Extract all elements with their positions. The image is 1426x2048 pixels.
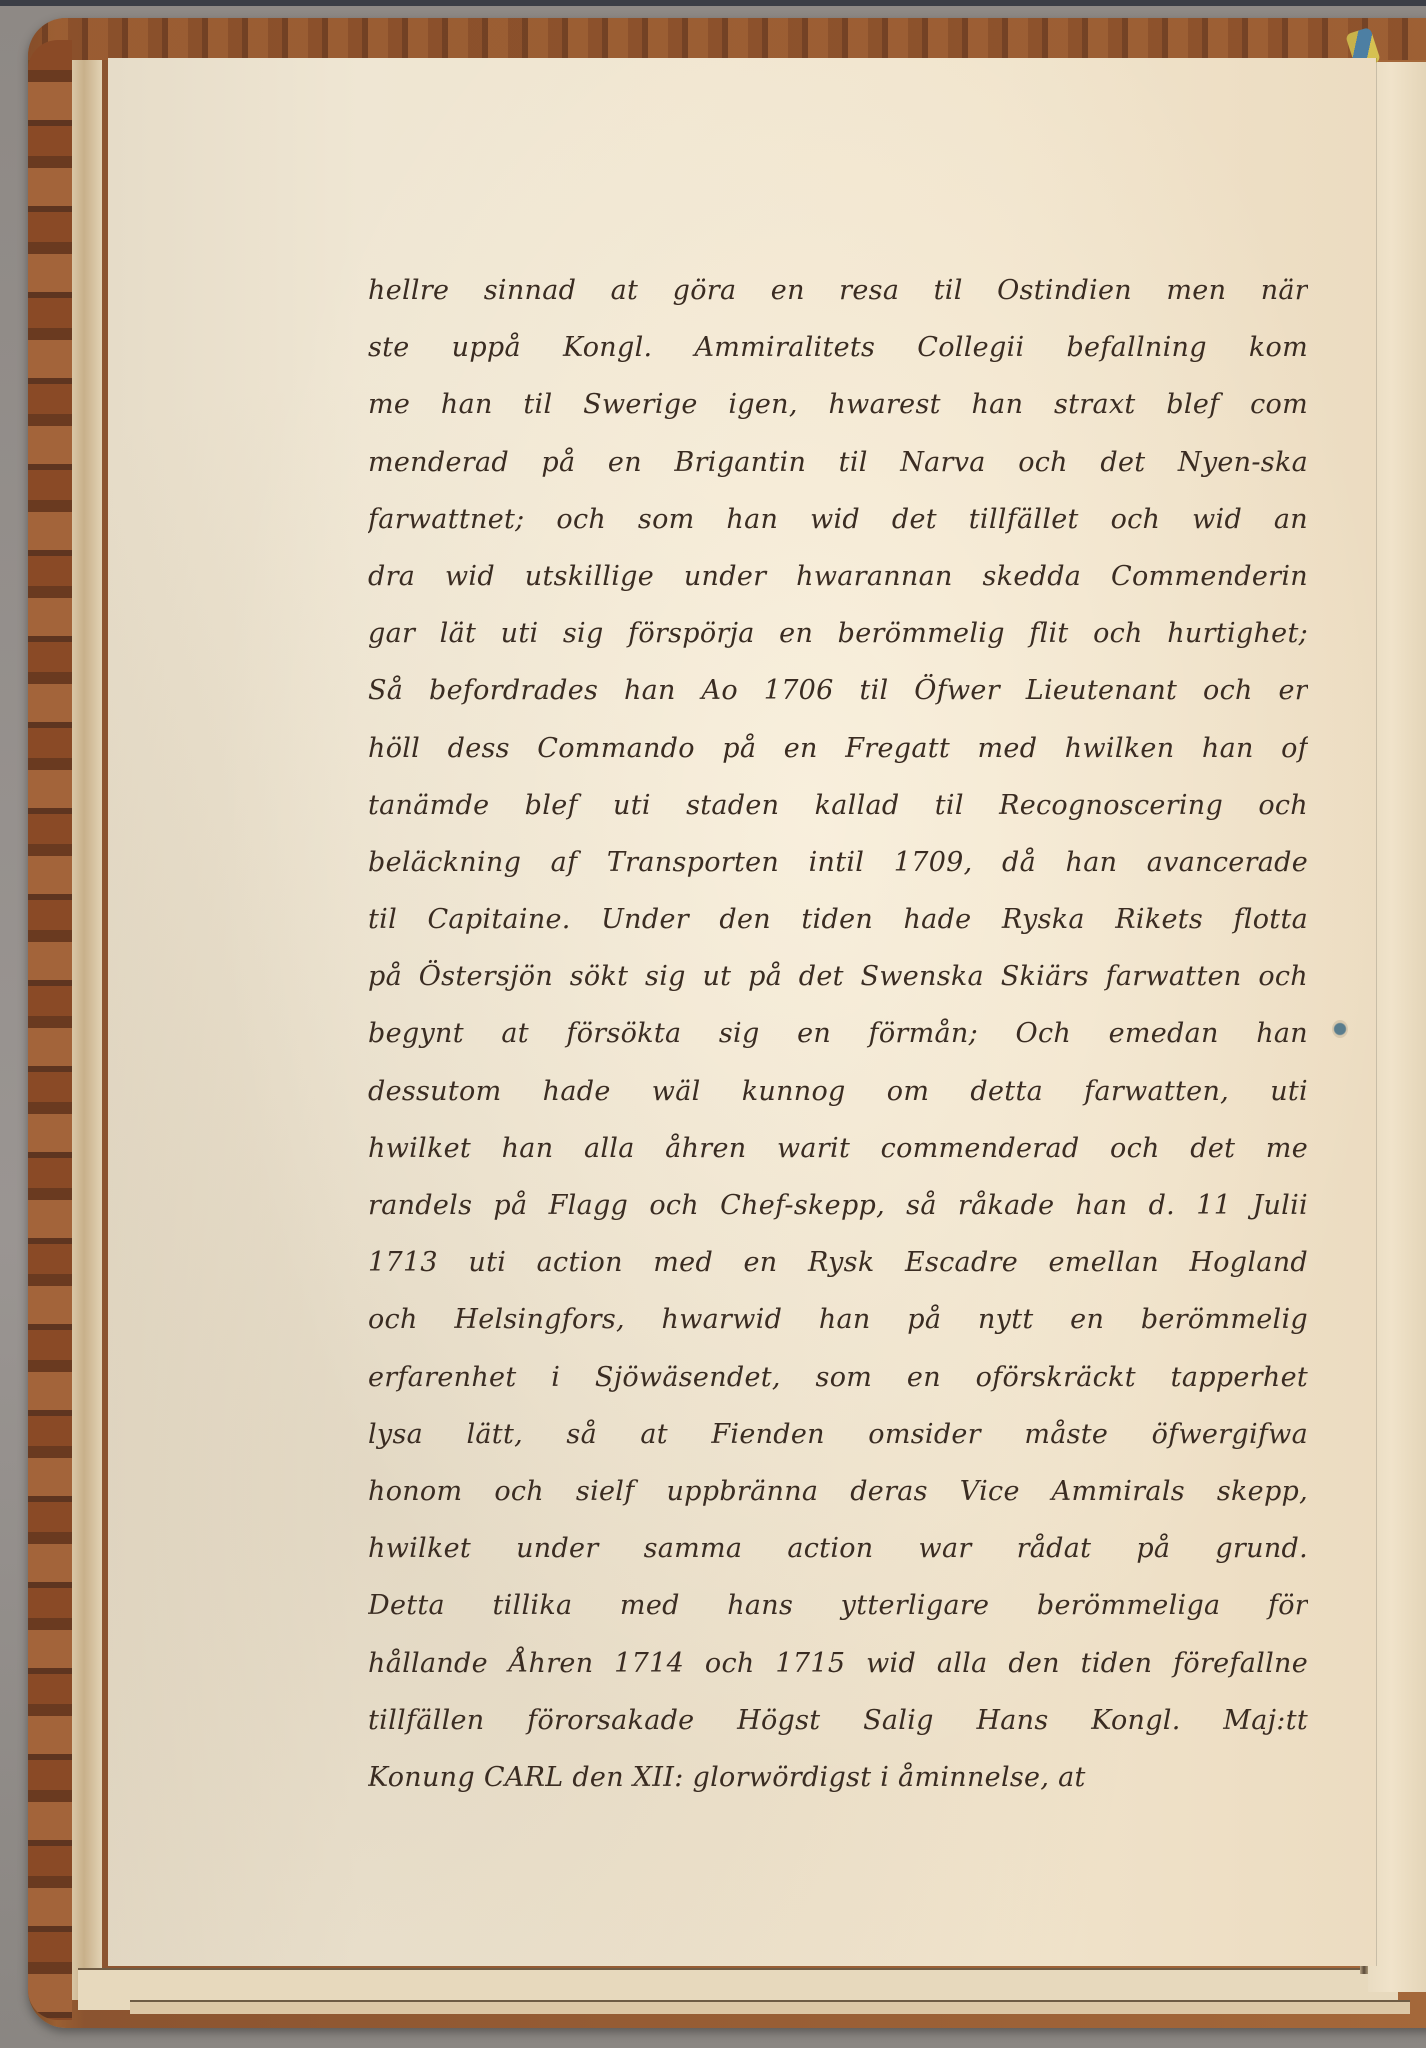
- text-line: och Helsingfors, hwarwid han på nytt en …: [368, 1291, 1308, 1348]
- text-line: til Capitaine. Under den tiden hade Rysk…: [368, 891, 1308, 948]
- text-line: tillfällen förorsakade Högst Salig Hans …: [368, 1692, 1308, 1749]
- text-line: ste uppå Kongl. Ammiralitets Collegii be…: [368, 319, 1308, 376]
- binding-hole-mark: [1332, 1020, 1348, 1038]
- text-line: gar lät uti sig förspörja en berömmelig …: [368, 605, 1308, 662]
- text-line: hwilket han alla åhren warit commenderad…: [368, 1120, 1308, 1177]
- text-line: Detta tillika med hans ytterligare beröm…: [368, 1577, 1308, 1634]
- text-line: dra wid utskillige under hwarannan skedd…: [368, 548, 1308, 605]
- text-line: erfarenhet i Sjöwäsendet, som en oförskr…: [368, 1349, 1308, 1406]
- text-line: tanämde blef uti staden kallad til Recog…: [368, 777, 1308, 834]
- text-line: lysa lätt, så at Fienden omsider måste ö…: [368, 1406, 1308, 1463]
- text-line: Så befordrades han Ao 1706 til Öfwer Lie…: [368, 662, 1308, 719]
- text-line: hellre sinnad at göra en resa til Ostind…: [368, 262, 1308, 319]
- text-line: hållande Åhren 1714 och 1715 wid alla de…: [368, 1635, 1308, 1692]
- text-line: randels på Flagg och Chef-skepp, så råka…: [368, 1177, 1308, 1234]
- text-line: farwattnet; och som han wid det tillfäll…: [368, 491, 1308, 548]
- facing-page-edge: [1368, 62, 1426, 1992]
- text-line: beläckning af Transporten intil 1709, då…: [368, 834, 1308, 891]
- text-line: dessutom hade wäl kunnog om detta farwat…: [368, 1063, 1308, 1120]
- underlying-page-edges-left: [72, 60, 102, 2000]
- text-line: 1713 uti action med en Rysk Escadre emel…: [368, 1234, 1308, 1291]
- text-line: på Östersjön sökt sig ut på det Swenska …: [368, 948, 1308, 1005]
- text-line: höll dess Commando på en Fregatt med hwi…: [368, 720, 1308, 777]
- text-line: Konung CARL den XII: glorwördigst i åmin…: [368, 1749, 1308, 1806]
- underlying-page-edges-bottom-2: [130, 2000, 1410, 2014]
- text-line: menderad på en Brigantin til Narva och d…: [368, 434, 1308, 491]
- book-cover-top-edge: [28, 18, 1426, 60]
- book-spine-edge: [28, 40, 72, 2020]
- text-line: hwilket under samma action war rådat på …: [368, 1520, 1308, 1577]
- text-line: me han til Swerige igen, hwarest han str…: [368, 376, 1308, 433]
- handwritten-text-block: hellre sinnad at göra en resa til Ostind…: [368, 262, 1308, 1806]
- text-line: begynt at försökta sig en förmån; Och em…: [368, 1005, 1308, 1062]
- text-line: honom och sielf uppbränna deras Vice Amm…: [368, 1463, 1308, 1520]
